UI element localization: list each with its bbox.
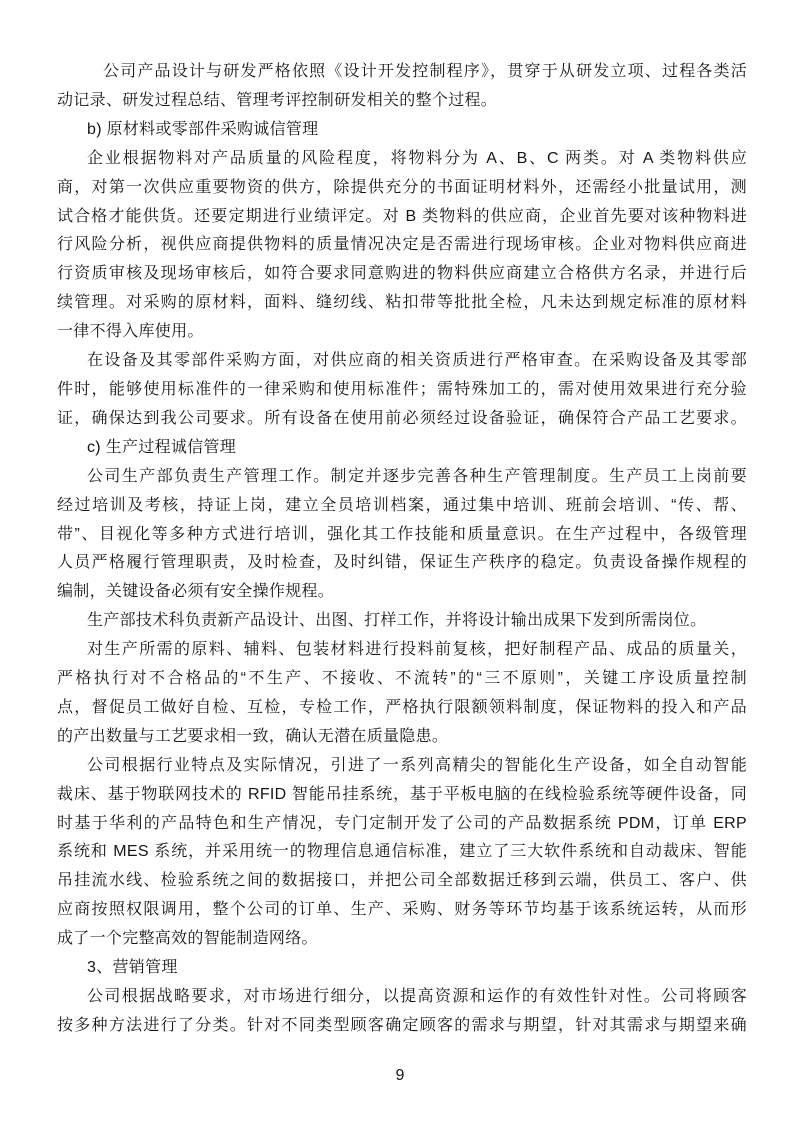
text-line: 行风险分析，视供应商提供物料的质量情况决定是否需进行现场审核。企业对物料供应商进 bbox=[57, 231, 747, 260]
text-line: 公司产品设计与研发严格依照《设计开发控制程序》，贯穿于从研发立项、过程各类活 bbox=[57, 58, 747, 87]
text-line: c) 生产过程诚信管理 bbox=[57, 434, 747, 463]
text-line: 成了一个完整高效的智能制造网络。 bbox=[57, 925, 747, 954]
text-line: 带”、目视化等多种方式进行培训，强化其工作技能和质量意识。在生产过程中，各级管理 bbox=[57, 521, 747, 550]
text-line: 的产出数量与工艺要求相一致，确认无潜在质量隐患。 bbox=[57, 723, 747, 752]
text-line: 时基于华利的产品特色和生产情况，专门定制开发了公司的产品数据系统 PDM，订单 … bbox=[57, 810, 747, 839]
text-line: 证，确保达到我公司要求。所有设备在使用前必须经过设备验证，确保符合产品工艺要求。 bbox=[57, 405, 747, 434]
text-line: 动记录、研发过程总结、管理考评控制研发相关的整个过程。 bbox=[57, 87, 747, 116]
text-line: 应商按照权限调用，整个公司的订单、生产、采购、财务等环节均基于该系统运转，从而形 bbox=[57, 896, 747, 925]
text-line: 人员严格履行管理职责，及时检查，及时纠错，保证生产秩序的稳定。负责设备操作规程的 bbox=[57, 549, 747, 578]
text-line: 企业根据物料对产品质量的风险程度，将物料分为 A、B、C 两类。对 A 类物料供… bbox=[57, 145, 747, 174]
page-number: 9 bbox=[0, 1061, 800, 1090]
text-line: 对生产所需的原料、辅料、包装材料进行投料前复核，把好制程产品、成品的质量关， bbox=[57, 636, 747, 665]
text-line: 公司根据战略要求，对市场进行细分，以提高资源和运作的有效性针对性。公司将顾客 bbox=[57, 983, 747, 1012]
text-line: 件时，能够使用标准件的一律采购和使用标准件；需特殊加工的，需对使用效果进行充分验 bbox=[57, 376, 747, 405]
text-line: 试合格才能供货。还要定期进行业绩评定。对 B 类物料的供应商，企业首先要对该种物… bbox=[57, 203, 747, 232]
text-line: 裁床、基于物联网技术的 RFID 智能吊挂系统，基于平板电脑的在线检验系统等硬件… bbox=[57, 781, 747, 810]
text-line: 吊挂流水线、检验系统之间的数据接口，并把公司全部数据迁移到云端，供员工、客户、供 bbox=[57, 867, 747, 896]
text-line: 商，对第一次供应重要物资的供方，除提供充分的书面证明材料外，还需经小批量试用，测 bbox=[57, 174, 747, 203]
text-line: 编制，关键设备必须有安全操作规程。 bbox=[57, 578, 747, 607]
text-line: 经过培训及考核，持证上岗，建立全员培训档案，通过集中培训、班前会培训、“传、帮、 bbox=[57, 492, 747, 521]
text-line: 公司根据行业特点及实际情况，引进了一系列高精尖的智能化生产设备，如全自动智能 bbox=[57, 752, 747, 781]
text-line: 行资质审核及现场审核后，如符合要求同意购进的物料供应商建立合格供方名录，并进行后 bbox=[57, 260, 747, 289]
text-line: 严格执行对不合格品的“不生产、不接收、不流转”的“三不原则”，关键工序设质量控制 bbox=[57, 665, 747, 694]
text-line: 公司生产部负责生产管理工作。制定并逐步完善各种生产管理制度。生产员工上岗前要 bbox=[57, 463, 747, 492]
text-line: 按多种方法进行了分类。针对不同类型顾客确定顾客的需求与期望，针对其需求与期望来确 bbox=[57, 1012, 747, 1041]
text-line: 续管理。对采购的原材料，面料、缝纫线、粘扣带等批批全检，凡未达到规定标准的原材料 bbox=[57, 289, 747, 318]
text-line: 系统和 MES 系统，并采用统一的物理信息通信标准，建立了三大软件系统和自动裁床… bbox=[57, 838, 747, 867]
text-line: 3、营销管理 bbox=[57, 954, 747, 983]
document-page: 公司产品设计与研发严格依照《设计开发控制程序》，贯穿于从研发立项、过程各类活动记… bbox=[0, 0, 800, 1131]
text-line: 在设备及其零部件采购方面，对供应商的相关资质进行严格审查。在采购设备及其零部 bbox=[57, 347, 747, 376]
text-line: b) 原材料或零部件采购诚信管理 bbox=[57, 116, 747, 145]
text-line: 生产部技术科负责新产品设计、出图、打样工作，并将设计输出成果下发到所需岗位。 bbox=[57, 607, 747, 636]
text-line: 一律不得入库使用。 bbox=[57, 318, 747, 347]
text-block: 公司产品设计与研发严格依照《设计开发控制程序》，贯穿于从研发立项、过程各类活动记… bbox=[57, 58, 747, 1041]
text-line: 点，督促员工做好自检、互检，专检工作，严格执行限额领料制度，保证物料的投入和产品 bbox=[57, 694, 747, 723]
